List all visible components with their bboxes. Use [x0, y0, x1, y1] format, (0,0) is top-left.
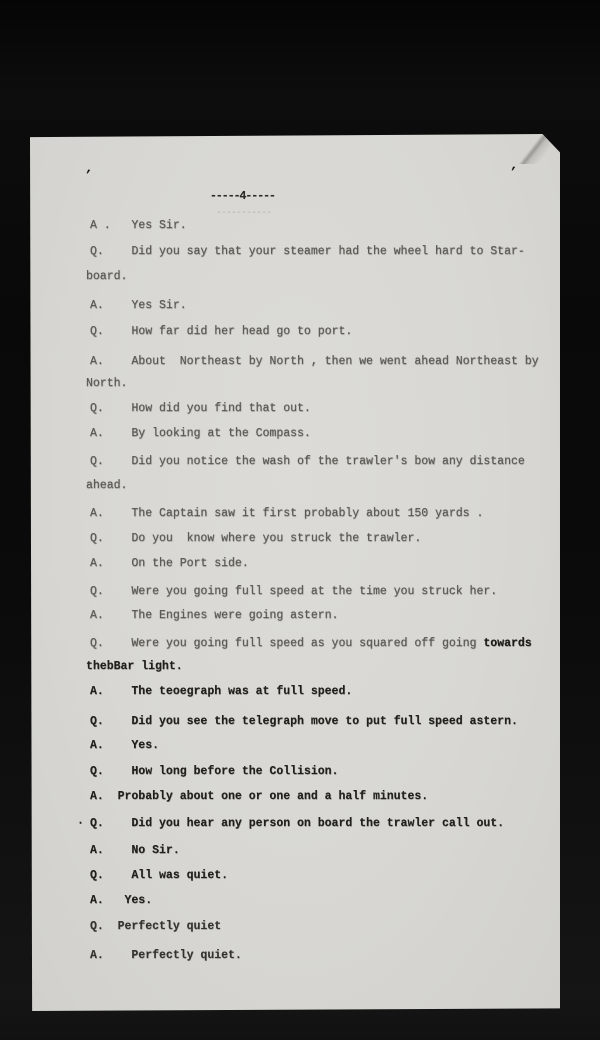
qa-line-text: A. The Engines were going astern. [90, 609, 338, 622]
qa-line-text: Q. Did you notice the wash of the trawle… [90, 455, 525, 468]
qa-line: ·Q. Did you hear any person on board the… [90, 816, 504, 831]
qa-line: ahead. [86, 478, 127, 493]
qa-line-text: Q. Did you see the telegraph move to put… [90, 715, 518, 728]
qa-line-text: Q. All was quiet. [90, 869, 228, 882]
qa-line-text: Q. Perfectly quiet [90, 920, 221, 933]
qa-line: Q. How long before the Collision. [90, 764, 338, 779]
qa-line: A . Yes Sir. [90, 218, 187, 233]
qa-line-text: A. Perfectly quiet. [90, 949, 242, 962]
qa-line: A. The Engines were going astern. [90, 608, 338, 623]
qa-line-text: A. Yes. [90, 739, 159, 752]
qa-line-text: A. By looking at the Compass. [90, 427, 311, 440]
qa-line-text: A. Yes. [90, 894, 152, 907]
qa-line: Q. Did you say that your steamer had the… [90, 244, 525, 259]
qa-line: North. [86, 376, 127, 391]
qa-line-bold-text: towards [483, 637, 531, 650]
qa-line: A. Yes. [90, 893, 152, 908]
document-page: ’ ’ -----4----- ----------- A . Yes Sir.… [30, 134, 560, 1011]
qa-line: thebBar light. [86, 659, 183, 674]
qa-line: A. By looking at the Compass. [90, 426, 311, 441]
qa-line: Q. How did you find that out. [90, 401, 311, 416]
qa-line-text: Q. How long before the Collision. [90, 765, 338, 778]
qa-line: board. [86, 269, 127, 284]
qa-line-text: Q. Do you know where you struck the traw… [90, 532, 421, 545]
qa-line-text: A. No Sir. [90, 844, 180, 857]
dot-mark: · [77, 816, 84, 831]
qa-line-text: ahead. [86, 479, 127, 492]
ink-mark-right: ’ [508, 165, 518, 181]
qa-line: Q. How far did her head go to port. [90, 324, 352, 339]
qa-line: A. On the Port side. [90, 556, 249, 571]
qa-line-text: Q. Were you going full speed as you squa… [90, 637, 483, 650]
qa-line-text: A . Yes Sir. [90, 219, 187, 232]
qa-line: A. Perfectly quiet. [90, 948, 242, 963]
ink-mark-left: ’ [83, 168, 93, 184]
qa-line-text: Q. How did you find that out. [90, 402, 311, 415]
qa-line: Q. All was quiet. [90, 868, 228, 883]
qa-line-text: A. About Northeast by North , then we we… [90, 355, 539, 368]
page-number-mark: -----4----- [210, 190, 275, 203]
scan-background: ’ ’ -----4----- ----------- A . Yes Sir.… [0, 0, 600, 1040]
qa-line: Q. Were you going full speed at the time… [90, 584, 497, 599]
qa-line-text: Q. Did you hear any person on board the … [90, 817, 504, 830]
qa-line: Q. Do you know where you struck the traw… [90, 531, 421, 546]
qa-line: Q. Were you going full speed as you squa… [90, 636, 532, 651]
qa-line-text: thebBar light. [86, 660, 183, 673]
qa-line: A. The Captain saw it first probably abo… [90, 506, 483, 521]
qa-line-text: Q. Were you going full speed at the time… [90, 585, 497, 598]
corner-fold [516, 134, 560, 164]
qa-line: A. The teoegraph was at full speed. [90, 684, 352, 699]
qa-line: A. No Sir. [90, 843, 180, 858]
qa-line-text: A. The teoegraph was at full speed. [90, 685, 352, 698]
qa-line: Q. Did you see the telegraph move to put… [90, 714, 518, 729]
qa-line-text: A. The Captain saw it first probably abo… [90, 507, 483, 520]
qa-line-text: A. Probably about one or one and a half … [90, 790, 428, 803]
qa-line: Q. Perfectly quiet [90, 919, 221, 934]
qa-line-text: Q. How far did her head go to port. [90, 325, 352, 338]
qa-line: A. Yes Sir. [90, 298, 187, 313]
qa-line: A. About Northeast by North , then we we… [90, 354, 539, 369]
qa-line: A. Yes. [90, 738, 159, 753]
qa-line-text: A. On the Port side. [90, 557, 249, 570]
qa-line-text: board. [86, 270, 127, 283]
qa-line-text: Q. Did you say that your steamer had the… [90, 245, 525, 258]
qa-line-text: A. Yes Sir. [90, 299, 187, 312]
page-number-ghost: ----------- [216, 208, 271, 219]
qa-line: A. Probably about one or one and a half … [90, 789, 428, 804]
qa-line-text: North. [86, 377, 127, 390]
qa-line: Q. Did you notice the wash of the trawle… [90, 454, 525, 469]
